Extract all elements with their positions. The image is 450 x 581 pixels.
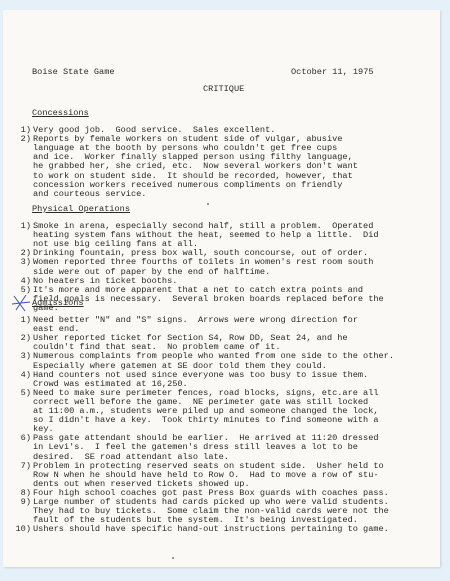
header-date: October 11, 1975 [291,68,374,77]
paper-speck [172,557,174,559]
item-number: 2) [9,135,31,144]
asterisk-pen-mark-icon [11,293,31,313]
item-number: 5) [9,389,31,398]
item-text-line: so I didn't have a key. Took thirty minu… [33,416,379,425]
document-title: CRITIQUE [203,85,244,94]
header-left: Boise State Game [32,68,115,77]
item-number: 6) [9,434,31,443]
section-heading: Admissions [32,299,84,308]
item-number: 3) [9,258,31,267]
item-number: 3) [9,352,31,361]
item-text-line: Need better "N" and "S" signs. Arrows we… [33,316,358,325]
item-number: 7) [9,462,31,471]
item-text-line: Ushers should have specific hand-out ins… [33,525,389,534]
item-text-line: and courteous service. [33,190,146,199]
document-page: Boise State GameOctober 11, 1975CRITIQUE… [3,10,440,567]
item-number: 1) [9,316,31,325]
item-number: 10) [9,525,31,534]
item-number: 4) [9,371,31,380]
item-number: 9) [9,498,31,507]
item-number: 2) [9,334,31,343]
item-text-line: field goals is necessary. Several broken… [33,295,384,304]
item-number: 1) [9,222,31,231]
paper-speck [207,203,209,205]
section-heading: Physical Operations [32,205,130,214]
section-heading: Concessions [32,109,89,118]
